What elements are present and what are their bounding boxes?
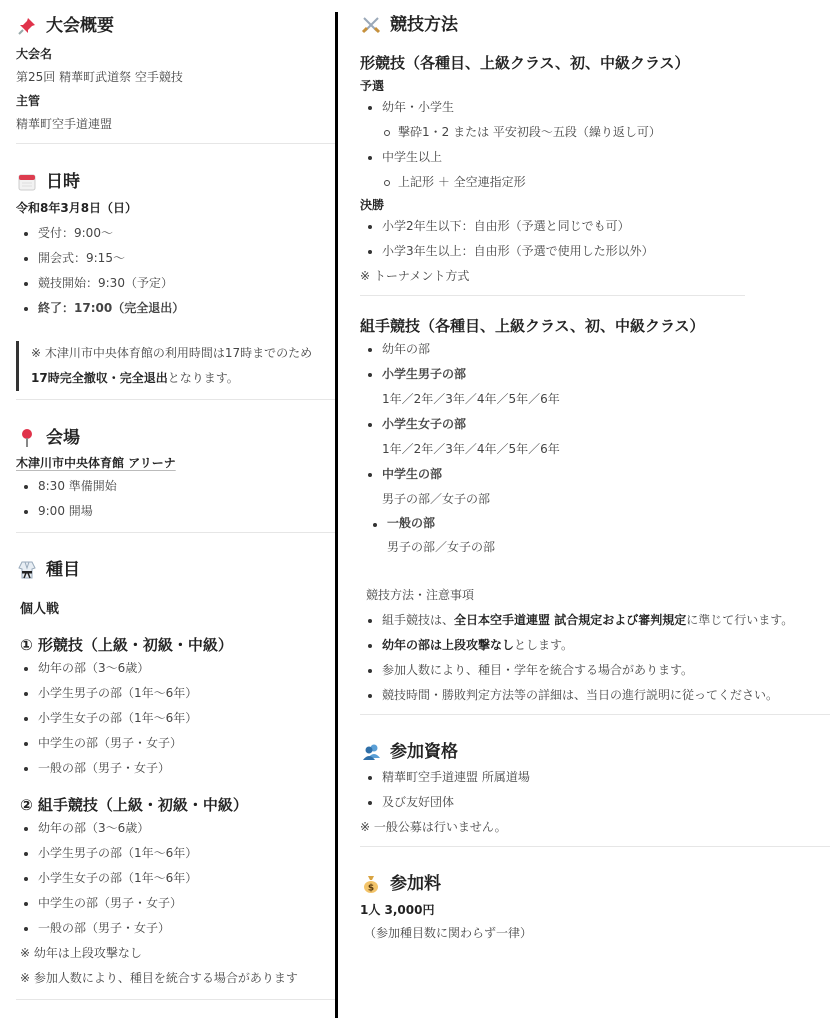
venue-title: 会場 — [46, 425, 80, 451]
kata-event-item: 一般の部（男子・女子） — [16, 756, 335, 781]
kata-event-list: 幼年の部（3〜6歳） 小学生男子の部（1年〜6年） 小学生女子の部（1年〜6年）… — [16, 656, 335, 781]
fee-note: （参加種目数に関わらず一律） — [360, 921, 830, 946]
notice-rest: となります。 — [168, 371, 239, 385]
datetime-heading: 日時 — [16, 169, 335, 195]
fee-heading: $ 参加料 — [360, 871, 830, 897]
notes-bold: 全日本空手道連盟 試合規定および審判規定 — [454, 613, 686, 627]
events-heading: 種目 — [16, 557, 335, 583]
host-label: 主管 — [16, 90, 335, 112]
notes-item: 参加人数により、種目・学年を統合する場合があります。 — [360, 658, 830, 683]
svg-text:$: $ — [368, 884, 374, 894]
venue-schedule-list: 8:30 準備開始 9:00 開場 — [16, 474, 335, 524]
kumite-division-detail: 男子の部／女子の部 — [360, 535, 830, 560]
datetime-title: 日時 — [46, 169, 80, 195]
left-column: 大会概要 大会名 第25回 精華町武道祭 空手競技 主管 精華町空手道連盟 日時… — [0, 0, 335, 1024]
method-heading: 競技方法 — [360, 12, 830, 38]
notice-line2: 17時完全撤収・完全退出となります。 — [31, 366, 335, 391]
kumite-event-title: ② 組手競技（上級・初級・中級） — [16, 794, 335, 816]
kumite-event-item: 幼年の部（3〜6歳） — [16, 816, 335, 841]
eligibility-list: 精華町空手道連盟 所属道場 及び友好団体 — [360, 765, 830, 815]
events-note-2: ※ 参加人数により、種目を統合する場合があります — [16, 966, 335, 991]
kumite-event-item: 小学生女子の部（1年〜6年） — [16, 866, 335, 891]
prelim-sub-list: 撃砕1・2 または 平安初段〜五段（繰り返し可） — [360, 120, 830, 145]
final-list: 小学2年生以下：自由形（予選と同じでも可） 小学3年生以上：自由形（予選で使用し… — [360, 214, 830, 264]
kata-event-item: 幼年の部（3〜6歳） — [16, 656, 335, 681]
kumite-event-item: 小学生男子の部（1年〜6年） — [16, 841, 335, 866]
notice-line1: ※ 木津川市中央体育館の利用時間は17時までのため — [31, 341, 335, 366]
final-item: 小学3年生以上：自由形（予選で使用した形以外） — [360, 239, 830, 264]
prelim-list: 中学生以上 — [360, 145, 830, 170]
crossed-swords-icon — [360, 14, 382, 36]
eligibility-item: 及び友好団体 — [360, 790, 830, 815]
prelim-item-label: 幼年・小学生 — [382, 100, 454, 114]
eligibility-title: 参加資格 — [390, 739, 458, 765]
martial-arts-uniform-icon — [16, 559, 38, 581]
method-title: 競技方法 — [390, 12, 458, 38]
prelim-sub-list: 上記形 ＋ 全空連指定形 — [360, 170, 830, 195]
prelim-sub-item: 上記形 ＋ 全空連指定形 — [360, 170, 830, 195]
eligibility-item: 精華町空手道連盟 所属道場 — [360, 765, 830, 790]
kumite-division-list: 一般の部 — [360, 512, 830, 535]
kumite-division-list: 幼年の部 小学生男子の部 — [360, 337, 830, 387]
kumite-division-item: 小学生男子の部 — [360, 362, 830, 387]
schedule-item: 終了：17:00（完全退出） — [16, 296, 335, 321]
section-method: 競技方法 形競技（各種目、上級クラス、初、中級クラス） 予選 幼年・小学生 撃砕… — [360, 0, 830, 715]
tournament-format-note: ※ トーナメント方式 — [360, 264, 830, 289]
kumite-division-list: 小学生女子の部 — [360, 412, 830, 437]
section-fee: $ 参加料 1人 3,000円 （参加種目数に関わらず一律） — [360, 847, 830, 946]
prelim-sub-item: 撃砕1・2 または 平安初段〜五段（繰り返し可） — [360, 120, 830, 145]
prelim-label: 予選 — [360, 77, 830, 95]
tournament-name-label: 大会名 — [16, 43, 335, 65]
overview-heading: 大会概要 — [16, 13, 335, 39]
section-eligibility: 参加資格 精華町空手道連盟 所属道場 及び友好団体 ※ 一般公募は行いません。 — [360, 715, 830, 847]
pushpin-icon — [16, 15, 38, 37]
kumite-division-item: 幼年の部 — [360, 337, 830, 362]
schedule-item: 受付：9:00〜 — [16, 221, 335, 246]
schedule-item: 開会式：9:15〜 — [16, 246, 335, 271]
kata-event-item: 中学生の部（男子・女子） — [16, 731, 335, 756]
notes-text: 組手競技は、 — [382, 613, 454, 627]
venue-heading: 会場 — [16, 425, 335, 451]
prelim-item: 幼年・小学生 — [360, 95, 830, 120]
event-date: 令和8年3月8日（日） — [16, 196, 335, 221]
events-title: 種目 — [46, 557, 80, 583]
kumite-method-title: 組手競技（各種目、上級クラス、初、中級クラス） — [360, 315, 830, 337]
prelim-list: 幼年・小学生 — [360, 95, 830, 120]
notes-bold: 幼年の部は上段攻撃なし — [382, 638, 514, 652]
section-events: 種目 個人戦 ① 形競技（上級・初級・中級） 幼年の部（3〜6歳） 小学生男子の… — [16, 533, 335, 1000]
venue-schedule-item: 8:30 準備開始 — [16, 474, 335, 499]
eligibility-note: ※ 一般公募は行いません。 — [360, 815, 830, 840]
section-overview: 大会概要 大会名 第25回 精華町武道祭 空手競技 主管 精華町空手道連盟 — [16, 0, 335, 144]
host-value: 精華町空手道連盟 — [16, 112, 335, 137]
fee-amount: 1人 3,000円 — [360, 899, 830, 921]
column-divider — [335, 12, 338, 1018]
events-note-1: ※ 幼年は上段攻撃なし — [16, 941, 335, 966]
venue-time-notice: ※ 木津川市中央体育館の利用時間は17時までのため 17時完全撤収・完全退出とな… — [16, 341, 335, 391]
divider — [360, 295, 745, 296]
busts-in-silhouette-icon — [360, 741, 382, 763]
kumite-division-detail: 男子の部／女子の部 — [360, 487, 830, 512]
final-label: 決勝 — [360, 196, 830, 214]
individual-category: 個人戦 — [16, 597, 335, 622]
kumite-event-list: 幼年の部（3〜6歳） 小学生男子の部（1年〜6年） 小学生女子の部（1年〜6年）… — [16, 816, 335, 941]
kumite-division-detail: 1年／2年／3年／4年／5年／6年 — [360, 387, 830, 412]
notes-item: 組手競技は、全日本空手道連盟 試合規定および審判規定に準じて行います。 — [360, 608, 830, 633]
divider — [16, 999, 335, 1000]
prelim-item: 中学生以上 — [360, 145, 830, 170]
schedule-list: 受付：9:00〜 開会式：9:15〜 競技開始：9:30（予定） 終了：17:0… — [16, 221, 335, 321]
notes-text: に準じて行います。 — [686, 613, 793, 627]
fee-title: 参加料 — [390, 871, 441, 897]
round-pushpin-icon — [16, 427, 38, 449]
eligibility-heading: 参加資格 — [360, 739, 830, 765]
kata-event-item: 小学生男子の部（1年〜6年） — [16, 681, 335, 706]
kumite-division-item: 中学生の部 — [360, 462, 830, 487]
kumite-division-list: 中学生の部 — [360, 462, 830, 487]
money-bag-icon: $ — [360, 873, 382, 895]
kata-method-title: 形競技（各種目、上級クラス、初、中級クラス） — [360, 52, 830, 74]
notes-list: 組手競技は、全日本空手道連盟 試合規定および審判規定に準じて行います。 幼年の部… — [360, 608, 830, 708]
kumite-division-item: 一般の部 — [365, 512, 830, 535]
prelim-item-label: 中学生以上 — [382, 150, 442, 164]
kumite-event-item: 中学生の部（男子・女子） — [16, 891, 335, 916]
kumite-division-item: 小学生女子の部 — [360, 412, 830, 437]
kumite-event-item: 一般の部（男子・女子） — [16, 916, 335, 941]
tournament-name-value: 第25回 精華町武道祭 空手競技 — [16, 65, 335, 90]
kumite-division-detail: 1年／2年／3年／4年／5年／6年 — [360, 437, 830, 462]
overview-title: 大会概要 — [46, 13, 114, 39]
section-datetime: 日時 令和8年3月8日（日） 受付：9:00〜 開会式：9:15〜 競技開始：9… — [16, 144, 335, 400]
section-venue: 会場 木津川市中央体育館 アリーナ 8:30 準備開始 9:00 開場 — [16, 400, 335, 533]
right-column: 競技方法 形競技（各種目、上級クラス、初、中級クラス） 予選 幼年・小学生 撃砕… — [345, 0, 830, 1024]
notes-item: 競技時間・勝敗判定方法等の詳細は、当日の進行説明に従ってください。 — [360, 683, 830, 708]
venue-name-link[interactable]: 木津川市中央体育館 アリーナ — [16, 452, 176, 474]
kata-event-title: ① 形競技（上級・初級・中級） — [16, 634, 335, 656]
notice-bold: 17時完全撤収・完全退出 — [31, 371, 168, 385]
kata-event-item: 小学生女子の部（1年〜6年） — [16, 706, 335, 731]
notes-title: 競技方法・注意事項 — [360, 583, 830, 608]
notes-item: 幼年の部は上段攻撃なしとします。 — [360, 633, 830, 658]
notes-text: とします。 — [514, 638, 573, 652]
calendar-icon — [16, 171, 38, 193]
schedule-item: 競技開始：9:30（予定） — [16, 271, 335, 296]
venue-schedule-item: 9:00 開場 — [16, 499, 335, 524]
final-item: 小学2年生以下：自由形（予選と同じでも可） — [360, 214, 830, 239]
